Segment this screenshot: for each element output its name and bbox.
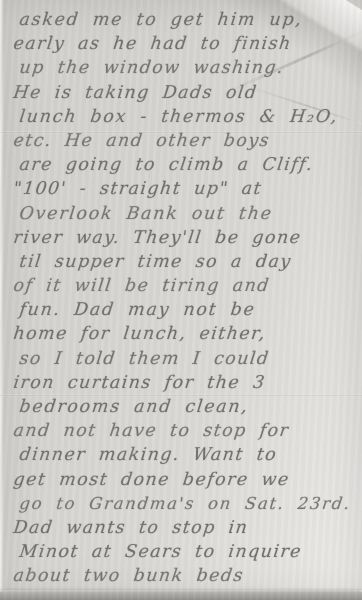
handwritten-line: "100' - straight up" at <box>12 177 361 201</box>
handwritten-line: Dad wants to stop in <box>12 516 361 540</box>
handwritten-line: of it will be tiring and <box>12 274 361 298</box>
handwriting-block: asked me to get him up, early as he had … <box>0 8 362 589</box>
handwritten-line: lunch box - thermos & H₂O, <box>12 105 361 129</box>
handwritten-line: iron curtains for the 3 <box>12 371 361 395</box>
handwritten-line: Minot at Sears to inquire <box>12 540 361 564</box>
handwritten-line: and not have to stop for <box>12 419 361 443</box>
handwritten-letter-page: asked me to get him up, early as he had … <box>0 0 362 600</box>
handwritten-line: get most done before we <box>12 468 361 492</box>
handwritten-line: about two bunk beds <box>12 564 361 588</box>
handwritten-line: so I told them I could <box>12 347 361 371</box>
handwritten-line: early as he had to finish <box>12 32 361 56</box>
handwritten-line: river way. They'll be gone <box>12 226 361 250</box>
handwritten-line: go to Grandma's on Sat. 23rd. <box>12 492 361 516</box>
handwritten-line: bedrooms and clean, <box>12 395 361 419</box>
handwritten-line: fun. Dad may not be <box>12 298 361 322</box>
handwritten-line: dinner making. Want to <box>12 443 361 467</box>
handwritten-line: til supper time so a day <box>12 250 361 274</box>
handwritten-line: He is taking Dads old <box>12 81 361 105</box>
paper-bottom-edge <box>0 592 362 600</box>
handwritten-line: etc. He and other boys <box>12 129 361 153</box>
handwritten-line: asked me to get him up, <box>12 8 361 32</box>
handwritten-line: are going to climb a Cliff. <box>12 153 361 177</box>
handwritten-line: home for lunch, either, <box>12 322 361 346</box>
handwritten-line: up the window washing. <box>12 56 361 80</box>
handwritten-line: Overlook Bank out the <box>12 202 361 226</box>
